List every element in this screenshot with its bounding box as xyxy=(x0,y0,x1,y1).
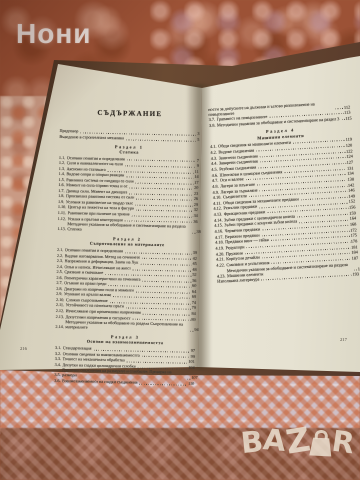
toc-entry-page: 119 xyxy=(346,137,353,142)
toc-entry-page: 178 xyxy=(351,238,358,243)
toc-entry-number: 4.7. xyxy=(212,178,219,183)
toc-entry-number: 4.3. xyxy=(211,155,218,160)
toc-entry-number: 4.18. xyxy=(215,240,224,246)
toc-entry-number: 3.7. xyxy=(209,117,216,122)
dotted-leader xyxy=(140,264,191,266)
toc-entry-label: Методични указания за обобщаване и систе… xyxy=(67,222,190,234)
toc-row: 1.13. Методични указания за обобщаване и… xyxy=(57,222,197,235)
dotted-leader xyxy=(126,139,196,141)
toc-entry-number: 4.14. xyxy=(214,217,223,223)
toc-entry-number: 4.10. xyxy=(213,195,222,201)
toc-entry-page: 104 xyxy=(188,365,194,370)
toc-entry-label: Взаимозаменяемост на гладки съединения xyxy=(62,379,138,386)
toc-entry-page: 134 xyxy=(347,171,354,176)
toc-entry-number: 3.4. xyxy=(55,363,61,368)
toc-entry-label: Основи на взаимозаменяемостта xyxy=(87,340,164,347)
toc-entry-page: 168 xyxy=(350,221,357,226)
toc-entry-number: 1.12. xyxy=(58,216,66,221)
right-page-folio: 217 xyxy=(340,337,347,342)
bazar-watermark: B A Z R xyxy=(241,424,354,457)
toc-entry-page: 146 xyxy=(348,188,355,193)
toc-entry-page: 122 xyxy=(346,148,353,153)
dotted-leader xyxy=(142,356,190,358)
toc-title: СЪДЪРЖАНИЕ xyxy=(60,108,200,119)
bazar-letter-r: R xyxy=(330,427,356,459)
toc-entry-page: 112 xyxy=(344,104,351,109)
toc-entry-page: 110 xyxy=(188,381,194,386)
toc-entry-page: 131 xyxy=(347,165,354,170)
toc-entry-page: 115 xyxy=(345,115,352,120)
toc-entry-number: 4.11. xyxy=(213,200,222,205)
dotted-leader xyxy=(143,280,192,282)
toc-entry-number: 3.8. xyxy=(209,123,216,128)
toc-entry-page: 142 xyxy=(348,182,355,187)
toc-entry-page: 5 xyxy=(197,137,199,142)
toc-entry-number: 1.13. xyxy=(57,227,65,232)
toc-entry-number: 2.14. xyxy=(55,325,63,330)
toc-entry-page: 138 xyxy=(347,176,354,181)
toc-entry-page: 159 xyxy=(349,210,356,215)
dotted-leader xyxy=(140,383,187,385)
toc-entry-number: 4.23. xyxy=(217,273,226,279)
toc-entry-page: 172 xyxy=(350,227,357,232)
toc-entry-page: 127 xyxy=(347,159,354,164)
toc-entry-page: 152 xyxy=(349,199,356,204)
dotted-leader xyxy=(192,233,195,234)
toc-entry-page: 164 xyxy=(350,216,357,221)
toc-entry-page: 181 xyxy=(351,244,358,249)
right-page-toc: ности за допуските на дължини и ъглово р… xyxy=(208,99,359,285)
dotted-leader xyxy=(341,119,344,120)
toc-entry-page: 94 xyxy=(194,328,198,333)
toc-entry-page: 193 xyxy=(352,272,359,277)
left-page-folio: 216 xyxy=(20,346,27,351)
toc-entry-page: 113 xyxy=(344,110,351,115)
dotted-leader xyxy=(335,108,343,109)
dotted-leader xyxy=(143,314,191,316)
toc-entry-page: 187 xyxy=(352,255,359,260)
dotted-leader xyxy=(187,379,190,380)
toc-entry-page: 124 xyxy=(346,154,353,159)
dotted-leader xyxy=(142,258,191,260)
toc-entry-number: 4.12. xyxy=(213,206,222,212)
toc-entry-number: 4.6. xyxy=(211,172,218,177)
toc-entry-page: 120 xyxy=(346,142,353,147)
toc-entry-label: Съпротивление на материалите xyxy=(90,242,165,249)
dotted-leader xyxy=(190,331,193,332)
toc-entry-number: 4.22. xyxy=(216,262,225,268)
toc-entry-number: 4.20. xyxy=(216,251,225,257)
noni-watermark: Нони xyxy=(16,18,91,50)
toc-entry-label: Предговор xyxy=(59,129,78,134)
left-toc-rows: Предговор 3 Въведение в строителната мех… xyxy=(54,129,199,387)
toc-entry-page: 156 xyxy=(349,205,356,210)
toc-entry-number: 3.6. xyxy=(54,379,60,384)
toc-entry-number: 4.1. xyxy=(210,144,217,149)
bazar-letter-b: B xyxy=(240,427,265,458)
toc-entry-number: 4.16. xyxy=(214,228,223,234)
left-page-toc: СЪДЪРЖАНИЕ Предговор 3 Въведение в строи… xyxy=(54,108,200,386)
toc-entry-page: 175 xyxy=(350,233,357,238)
toc-entry-page: 38 xyxy=(196,230,200,235)
toc-entry-page: 184 xyxy=(351,250,358,255)
toc-entry-number: 4.5. xyxy=(211,166,218,171)
toc-entry-label: Методични указания за обобщаване на разд… xyxy=(65,320,188,332)
right-toc-rows: ности за допуските на дължини и ъглово р… xyxy=(208,99,359,284)
dotted-leader xyxy=(354,269,357,270)
toc-entry-number: 4.8. xyxy=(212,183,219,188)
toc-entry-number: 4.2. xyxy=(210,150,217,155)
toc-entry-label: Статика xyxy=(119,150,139,155)
toc-row: 2.14. Методични указания за обобщаване н… xyxy=(55,320,195,333)
photo-of-open-book: СЪДЪРЖАНИЕ Предговор 3 Въведение в строи… xyxy=(0,0,360,480)
toc-entry-number: 2.13. xyxy=(56,314,64,319)
toc-entry-page: 89 xyxy=(191,317,195,322)
toc-entry-label: Въведение в строителната механика xyxy=(59,135,124,141)
toc-entry-number: 4.4. xyxy=(211,161,218,166)
toc-entry-page: 36 xyxy=(193,219,197,224)
open-book: СЪДЪРЖАНИЕ Предговор 3 Въведение в строи… xyxy=(0,0,360,480)
toc-entry-page: 149 xyxy=(348,193,355,198)
toc-entry-number: 4.9. xyxy=(212,189,219,194)
